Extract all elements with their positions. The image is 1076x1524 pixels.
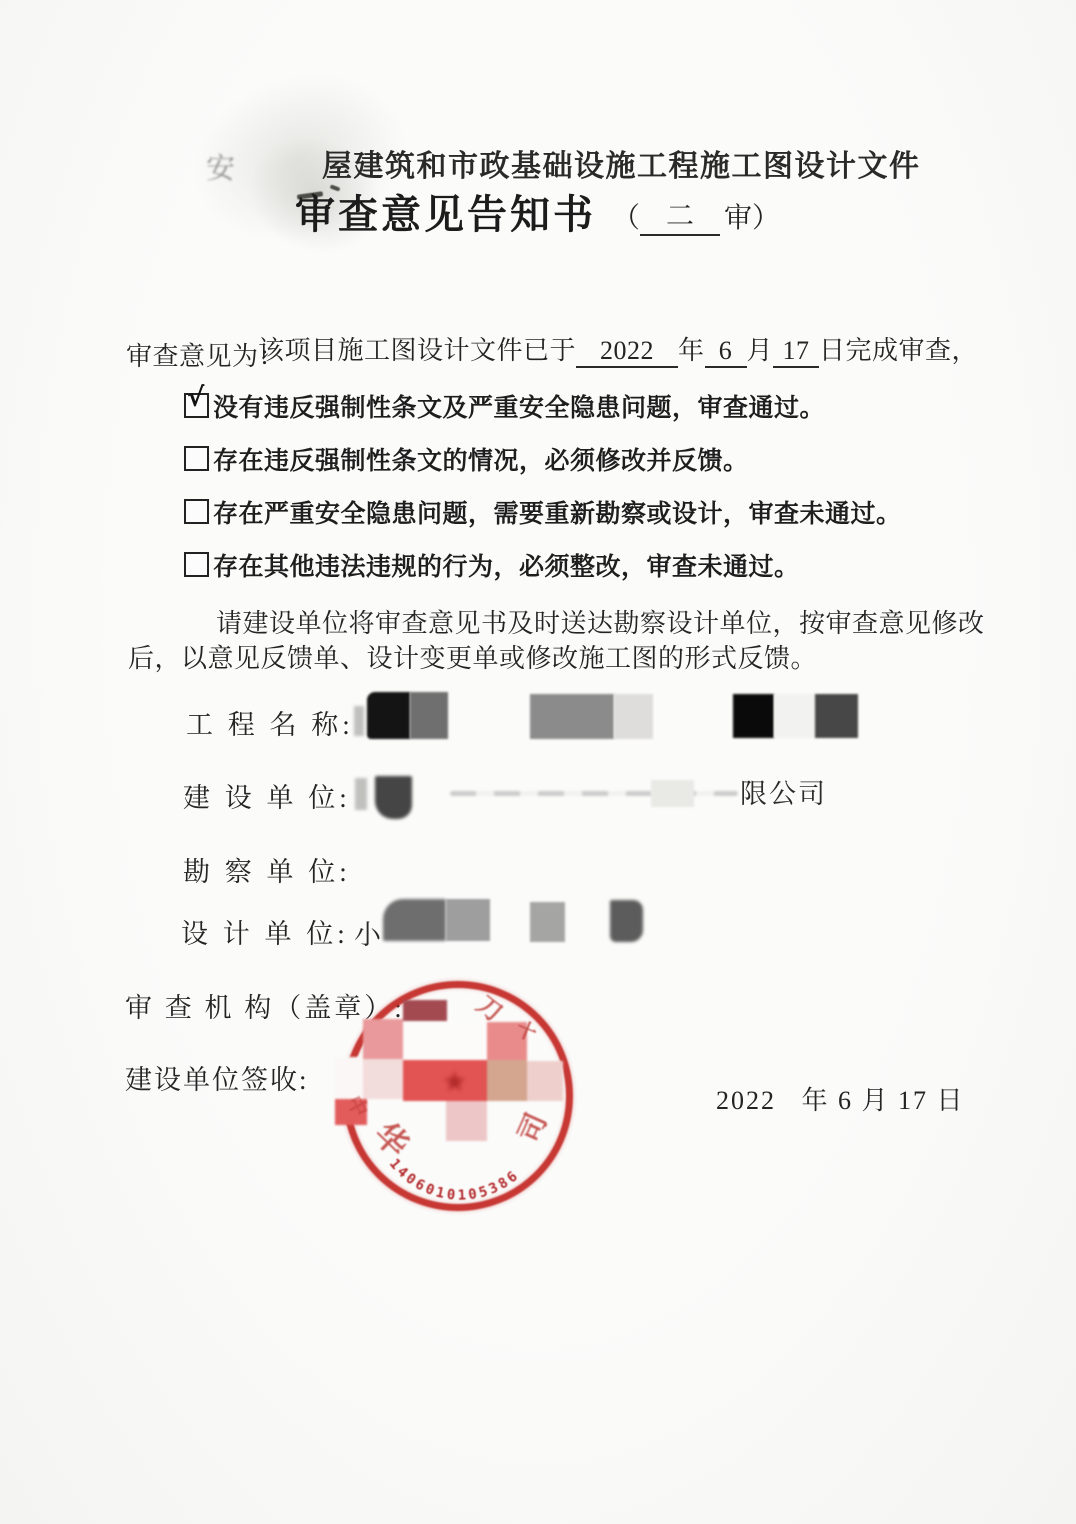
redaction-block [367, 692, 410, 739]
paren-close: 审） [724, 203, 780, 234]
document-title-obscured-prefix: 安 [206, 146, 235, 187]
blurred-text-smear [450, 791, 738, 796]
check-mark: √ [187, 383, 204, 413]
review-month-underlined: 6 [705, 336, 747, 368]
construction-unit-label: 建 设 单 位: [183, 776, 351, 815]
design-unit-visible-prefix: 小 [354, 913, 381, 952]
redaction-block [774, 694, 815, 738]
redaction-block [733, 694, 774, 738]
paren-open: （ [612, 203, 640, 234]
redaction-blob [610, 900, 643, 942]
design-unit-label: 设 计 单 位: [181, 912, 349, 951]
redaction-block [446, 899, 490, 941]
scanned-document-page: 安 屋建筑和市政基础设施工程施工图设计文件 审查意见告知书 （二审） 该项目施工… [0, 0, 1076, 1524]
check-item-passed: √没有违反强制性条文及严重安全隐患问题，审查通过。 [184, 388, 825, 418]
survey-unit-label: 勘 察 单 位: [183, 850, 351, 889]
check-item-label: 存在违反强制性条文的情况，必须修改并反馈。 [213, 447, 749, 475]
redaction-block [530, 902, 565, 942]
seal-serial-arc: 1406010105386 [326, 964, 590, 1228]
sign-off-label: 建设单位签收: [125, 1058, 309, 1097]
notice-line2: 后，以意见反馈单、设计变更单或修改施工图的形式反馈。 [128, 638, 817, 675]
redaction-blob [375, 776, 412, 819]
checkbox-empty-icon [184, 552, 209, 577]
intro-line1: 该项目施工图设计文件已于2022年6月17日完成审查， [230, 300, 978, 398]
redaction-block [530, 694, 614, 739]
issue-date: 2022 年 6 月 17 日 [716, 1080, 965, 1117]
construction-unit-visible-suffix: 限公司 [740, 772, 827, 811]
intro-part1: 该项目施工图设计文件已于 [258, 336, 576, 365]
check-item-label: 存在其他违法违规的行为，必须整改，审查未通过。 [213, 553, 800, 581]
review-round-blank: 二 [640, 194, 720, 236]
checkbox-empty-icon [184, 446, 209, 471]
month-unit: 月 [747, 336, 774, 365]
official-red-seal: ★ 刀 十 司 华 中 1406010105386 [341, 979, 575, 1213]
review-round-annotation: （二审） [612, 194, 780, 236]
intro-line2: 审查意见为： [126, 336, 285, 373]
checkbox-checked-icon: √ [184, 393, 209, 418]
redaction-block-light [651, 780, 694, 807]
review-year-underlined: 2022 [576, 336, 678, 368]
redaction-blob [383, 899, 446, 941]
illegible-fragment [354, 706, 364, 736]
year-unit: 年 [678, 336, 705, 365]
review-day-underlined: 17 [773, 336, 819, 368]
checkbox-empty-icon [184, 499, 209, 524]
redaction-block [815, 694, 858, 738]
check-item-safety-issue: 存在严重安全隐患问题，需要重新勘察或设计，审查未通过。 [184, 494, 902, 524]
intro-part2: 日完成审查， [819, 336, 978, 365]
check-item-other-violation: 存在其他违法违规的行为，必须整改，审查未通过。 [184, 547, 800, 577]
redaction-block [614, 694, 653, 739]
check-item-violation: 存在违反强制性条文的情况，必须修改并反馈。 [184, 441, 749, 471]
notice-line1: 请建设单位将审查意见书及时送达勘察设计单位，按审查意见修改 [216, 603, 985, 640]
svg-text:1406010105386: 1406010105386 [385, 1139, 526, 1214]
check-item-label: 存在严重安全隐患问题，需要重新勘察或设计，审查未通过。 [213, 500, 902, 528]
check-item-label: 没有违反强制性条文及严重安全隐患问题，审查通过。 [213, 394, 825, 422]
seal-serial-number: 1406010105386 [385, 1139, 526, 1214]
redaction-block [410, 692, 448, 739]
project-name-label: 工 程 名 称: [186, 703, 354, 742]
illegible-fragment [355, 778, 367, 810]
document-title-line2: 审查意见告知书 [295, 183, 596, 240]
document-title-line1: 屋建筑和市政基础设施工程施工图设计文件 [322, 141, 921, 185]
